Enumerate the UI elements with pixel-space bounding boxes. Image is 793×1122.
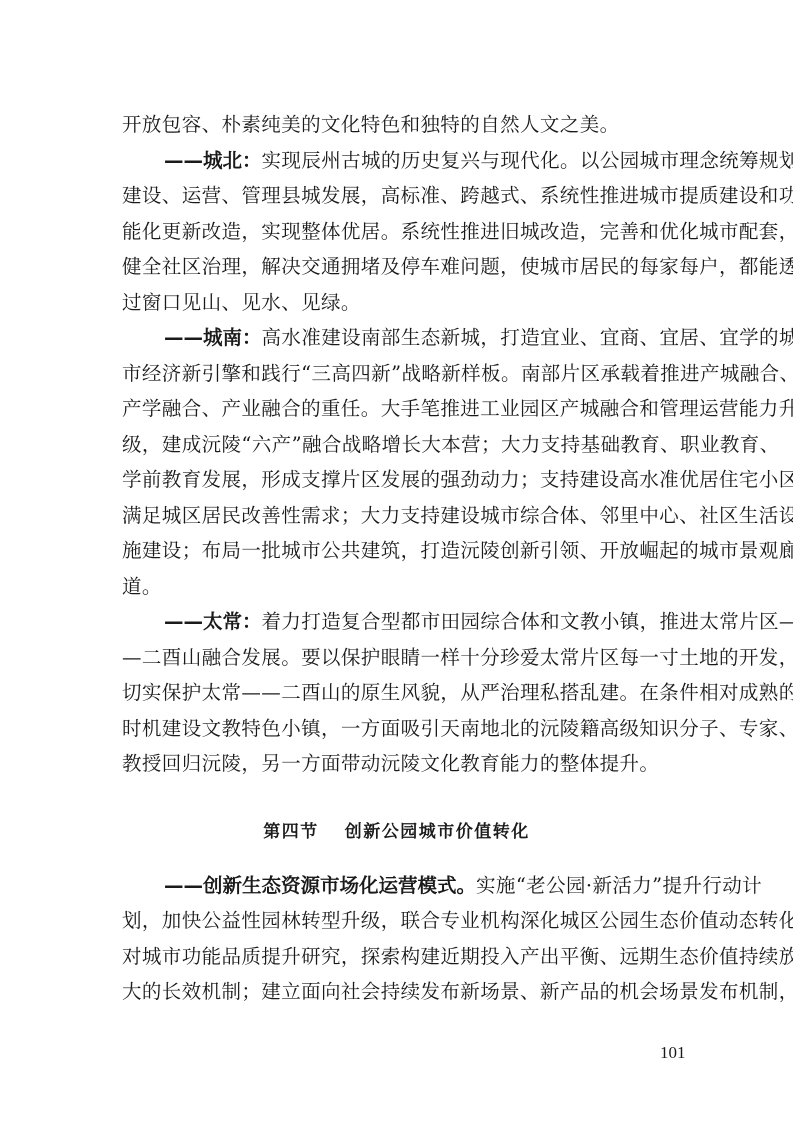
section-heading: 第四节 创新公园城市价值转化 [0,820,793,844]
paragraph-lead-city-south: ——城南： [164,326,262,349]
paragraph-line: 能化更新改造，实现整体优居。系统性推进旧城改造，完善和优化城市配套， [122,220,706,244]
paragraph-lead-taichang: ——太常： [164,610,262,633]
paragraph-line: 教授回归沅陵，另一方面带动沅陵文化教育能力的整体提升。 [122,752,706,776]
paragraph-line: —二酉山融合发展。要以保护眼睛一样十分珍爱太常片区每一寸土地的开发， [122,646,706,670]
paragraph-line: 学前教育发展，形成支撑片区发展的强劲动力；支持建设高水准优居住宅小区， [122,468,706,492]
paragraph-line: 大的长效机制；建立面向社会持续发布新场景、新产品的机会场景发布机制， [122,980,706,1004]
paragraph-line: 施建设；布局一批城市公共建筑，打造沅陵创新引领、开放崛起的城市景观廊 [122,539,706,563]
document-page: 开放包容、朴素纯美的文化特色和独特的自然人文之美。 ——城北：实现辰州古城的历史… [0,0,793,1122]
paragraph-city-south-first-line: ——城南：高水准建设南部生态新城，打造宜业、宜商、宜居、宜学的城 [164,326,706,350]
paragraph-line: 道。 [122,575,706,599]
paragraph-text: 实施“老公园·新活力”提升行动计 [476,874,762,897]
paragraph-line: 过窗口见山、见水、见绿。 [122,291,706,315]
paragraph-line: 划，加快公益性园林转型升级，联合专业机构深化城区公园生态价值动态转化 [122,909,706,933]
paragraph-line: 切实保护太常——二酉山的原生风貌，从严治理私搭乱建。在条件相对成熟的 [122,681,706,705]
paragraph-line: 开放包容、朴素纯美的文化特色和独特的自然人文之美。 [122,113,706,137]
paragraph-text: 实现辰州古城的历史复兴与现代化。以公园城市理念统筹规划、 [262,149,793,172]
paragraph-line: 级，建成沅陵“六产”融合战略增长大本营；大力支持基础教育、职业教育、 [122,433,706,457]
paragraph-lead-ecological-market: ——创新生态资源市场化运营模式。 [164,874,476,897]
paragraph-line: 对城市功能品质提升研究，探索构建近期投入产出平衡、远期生态价值持续放 [122,945,706,969]
paragraph-line: 市经济新引擎和践行“三高四新”战略新样板。南部片区承载着推进产城融合、 [122,362,706,386]
paragraph-line: 建设、运营、管理县城发展，高标准、跨越式、系统性推进城市提质建设和功 [122,184,706,208]
page-number: 101 [660,1043,686,1063]
paragraph-ecological-market-first-line: ——创新生态资源市场化运营模式。实施“老公园·新活力”提升行动计 [164,874,706,898]
paragraph-line: 满足城区居民改善性需求；大力支持建设城市综合体、邻里中心、社区生活设 [122,504,706,528]
paragraph-city-north-first-line: ——城北：实现辰州古城的历史复兴与现代化。以公园城市理念统筹规划、 [164,149,706,173]
paragraph-lead-city-north: ——城北： [164,149,262,172]
paragraph-text: 着力打造复合型都市田园综合体和文教小镇，推进太常片区— [262,610,793,633]
paragraph-line: 时机建设文教特色小镇，一方面吸引天南地北的沅陵籍高级知识分子、专家、 [122,717,706,741]
paragraph-line: 产学融合、产业融合的重任。大手笔推进工业园区产城融合和管理运营能力升 [122,397,706,421]
paragraph-taichang-first-line: ——太常：着力打造复合型都市田园综合体和文教小镇，推进太常片区— [164,610,706,634]
paragraph-line: 健全社区治理，解决交通拥堵及停车难问题，使城市居民的每家每户，都能透 [122,255,706,279]
paragraph-text: 高水准建设南部生态新城，打造宜业、宜商、宜居、宜学的城 [262,326,793,349]
